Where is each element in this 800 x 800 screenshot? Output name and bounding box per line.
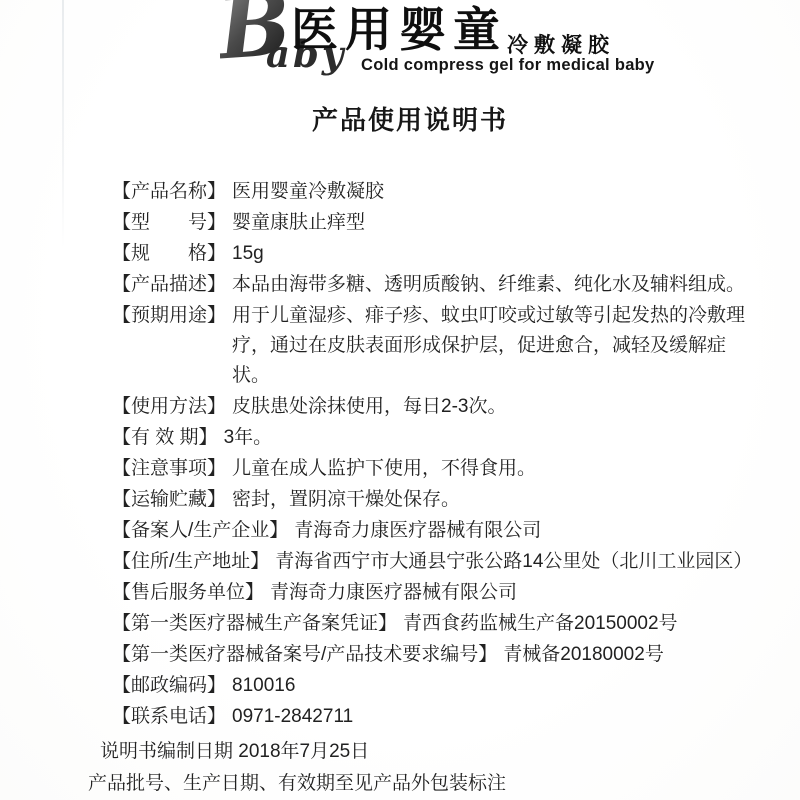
footer-notes: 说明书编制日期 2018年7月25日 产品批号、生产日期、有效期至见产品外包装标…: [0, 737, 800, 799]
logo-cn-subtitle: 冷敷凝胶: [507, 29, 615, 59]
field-label: 【运输贮藏】: [112, 485, 226, 515]
field-row: 【售后服务单位】 青海奇力康医疗器械有限公司: [112, 578, 756, 608]
field-row: 【产品名称】 医用婴童冷敷凝胶: [112, 177, 756, 207]
field-value: 密封，置阴凉干燥处保存。: [232, 485, 756, 515]
field-label: 【产品描述】: [112, 270, 226, 300]
field-value: 青西食药监械生产备20150002号: [403, 609, 756, 639]
field-label: 【售后服务单位】: [112, 578, 264, 608]
compile-date-line: 说明书编制日期 2018年7月25日: [0, 737, 800, 767]
field-row: 【型 号】 婴童康肤止痒型: [112, 208, 756, 238]
field-row: 【住所/生产地址】 青海省西宁市大通县宁张公路14公里处（北川工业园区）: [112, 547, 756, 577]
field-row: 【第一类医疗器械生产备案凭证】 青西食药监械生产备20150002号: [112, 609, 756, 639]
field-label: 【第一类医疗器械生产备案凭证】: [112, 609, 397, 639]
batch-note-line: 产品批号、生产日期、有效期至见产品外包装标注: [0, 769, 800, 799]
field-label: 【邮政编码】: [112, 671, 226, 701]
field-value: 3年。: [224, 423, 756, 453]
field-row: 【备案人/生产企业】 青海奇力康医疗器械有限公司: [112, 516, 756, 546]
field-row: 【预期用途】 用于儿童湿疹、痱子疹、蚊虫叮咬或过敏等引起发热的冷敷理疗，通过在皮…: [112, 301, 756, 391]
field-value: 用于儿童湿疹、痱子疹、蚊虫叮咬或过敏等引起发热的冷敷理疗，通过在皮肤表面形成保护…: [232, 301, 756, 391]
field-row: 【运输贮藏】 密封，置阴凉干燥处保存。: [112, 485, 756, 515]
field-label: 【规 格】: [112, 239, 226, 269]
brand-logo: B aby 医用婴童 冷敷凝胶 Cold compress gel for me…: [0, 0, 800, 92]
field-row: 【邮政编码】 810016: [112, 671, 756, 701]
field-label: 【有 效 期】: [112, 423, 218, 453]
page-title: 产品使用说明书: [20, 100, 800, 137]
field-row: 【有 效 期】 3年。: [112, 423, 756, 453]
field-value: 青海省西宁市大通县宁张公路14公里处（北川工业园区）: [275, 547, 756, 577]
field-row: 【注意事项】 儿童在成人监护下使用，不得食用。: [112, 454, 756, 484]
field-value: 青海奇力康医疗器械有限公司: [294, 516, 756, 546]
field-row: 【联系电话】 0971-2842711: [112, 702, 756, 732]
field-label: 【预期用途】: [112, 301, 226, 331]
field-value: 青海奇力康医疗器械有限公司: [270, 578, 756, 608]
field-row: 【产品描述】 本品由海带多糖、透明质酸钠、纤维素、纯化水及辅料组成。: [112, 270, 756, 300]
field-label: 【第一类医疗器械备案号/产品技术要求编号】: [112, 640, 497, 670]
field-label: 【注意事项】: [112, 454, 226, 484]
field-value: 0971-2842711: [232, 702, 756, 732]
field-row: 【使用方法】 皮肤患处涂抹使用，每日2-3次。: [112, 392, 756, 422]
fields-list: 【产品名称】 医用婴童冷敷凝胶 【型 号】 婴童康肤止痒型 【规 格】 15g …: [0, 137, 800, 732]
field-value: 15g: [232, 239, 756, 269]
field-value: 青械备20180002号: [503, 640, 756, 670]
logo-en-tagline: Cold compress gel for medical baby: [361, 56, 655, 75]
field-value: 本品由海带多糖、透明质酸钠、纤维素、纯化水及辅料组成。: [232, 270, 756, 300]
field-row: 【第一类医疗器械备案号/产品技术要求编号】 青械备20180002号: [112, 640, 756, 670]
field-label: 【使用方法】: [112, 392, 226, 422]
field-label: 【产品名称】: [112, 177, 226, 207]
field-value: 医用婴童冷敷凝胶: [232, 177, 756, 207]
field-label: 【住所/生产地址】: [112, 547, 269, 577]
instruction-sheet: B aby 医用婴童 冷敷凝胶 Cold compress gel for me…: [0, 0, 800, 800]
field-value: 儿童在成人监护下使用，不得食用。: [232, 454, 756, 484]
field-value: 婴童康肤止痒型: [232, 208, 756, 238]
field-label: 【联系电话】: [112, 702, 226, 732]
field-label: 【型 号】: [112, 208, 226, 238]
logo-cn-title: 医用婴童: [291, 4, 507, 56]
field-value: 皮肤患处涂抹使用，每日2-3次。: [232, 392, 756, 422]
field-value: 810016: [232, 671, 756, 701]
field-label: 【备案人/生产企业】: [112, 516, 288, 546]
field-row: 【规 格】 15g: [112, 239, 756, 269]
